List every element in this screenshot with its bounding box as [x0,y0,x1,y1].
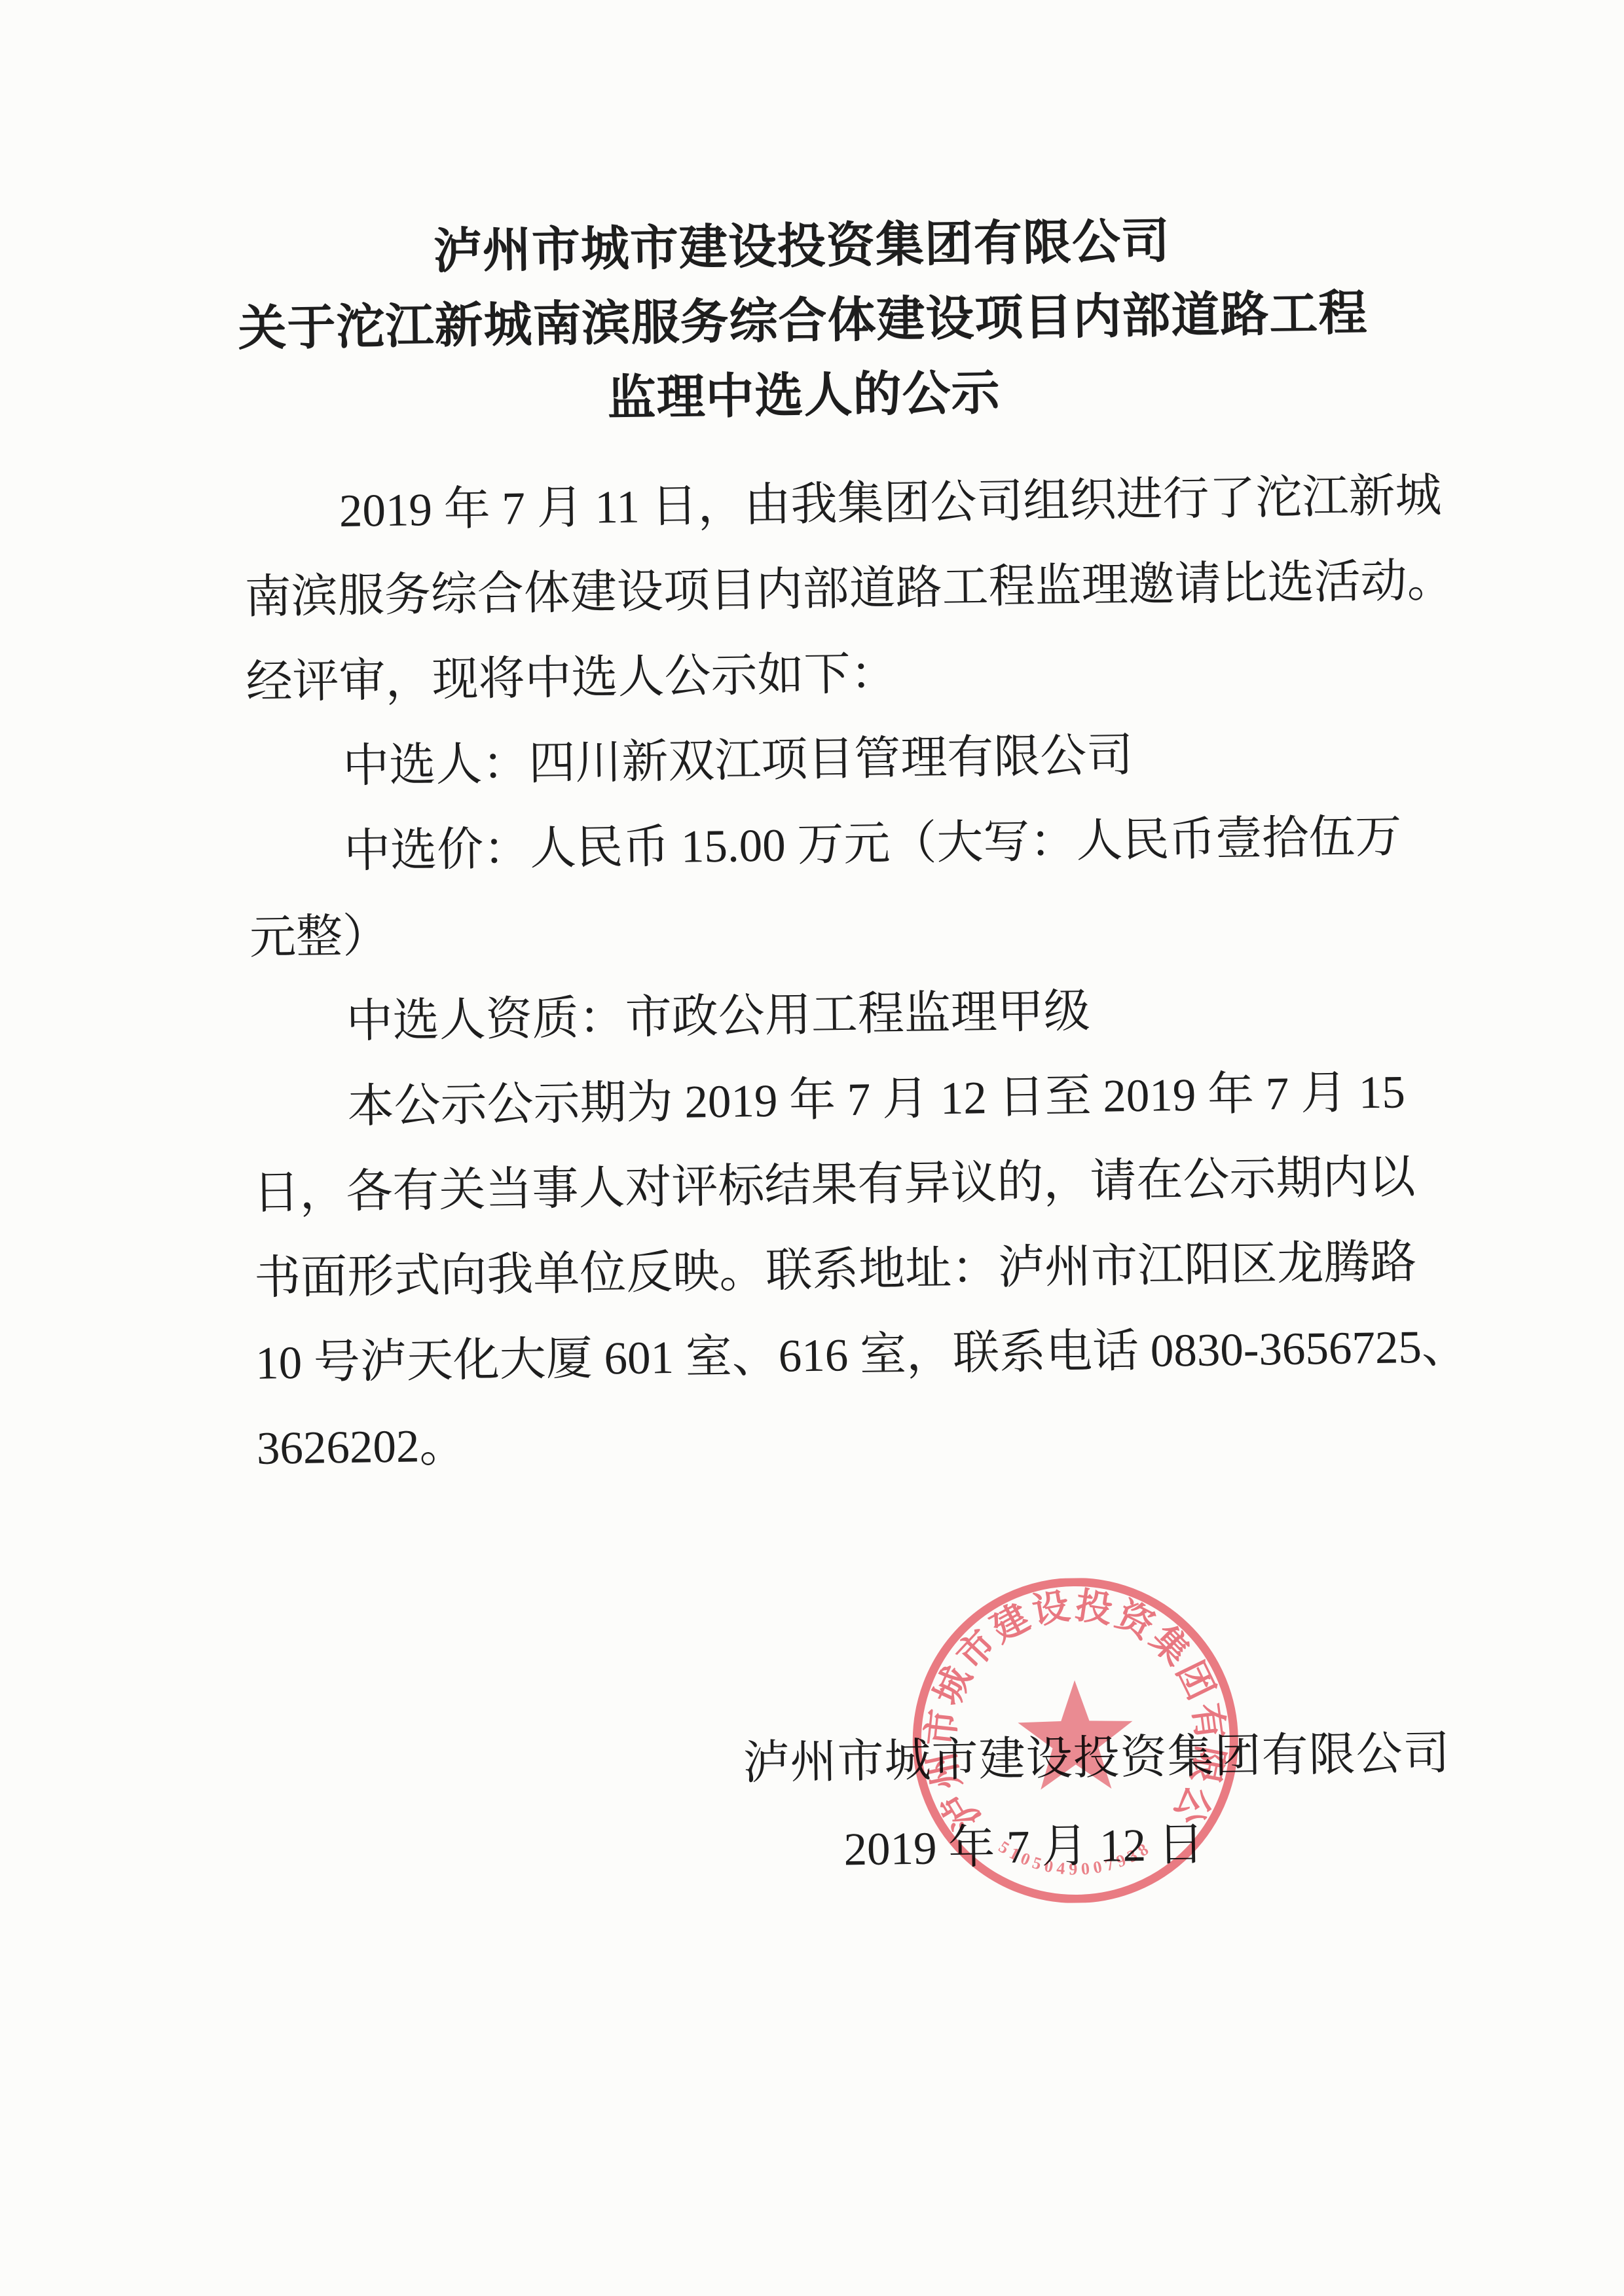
body-line: 日，各有关当事人对评标结果有异议的，请在公示期内以 [253,1135,1433,1236]
document-body: 2019 年 7 月 11 日，由我集团公司组织进行了沱江新城 南滨服务综合体建… [243,454,1436,1491]
body-line: 中选价：人民币 15.00 万元（大写：人民币壹拾伍万 [248,794,1428,896]
body-line: 中选人资质：市政公用工程监理甲级 [250,964,1430,1066]
body-line: 书面形式向我单位反映。联系地址：泸州市江阳区龙腾路 [253,1220,1433,1321]
body-line: 2019 年 7 月 11 日，由我集团公司组织进行了沱江新城 [243,454,1423,555]
document-title: 泸州市城市建设投资集团有限公司 关于沱江新城南滨服务综合体建设项目内部道路工程 … [147,200,1460,443]
body-line: 本公示公示期为 2019 年 7 月 12 日至 2019 年 7 月 15 [251,1049,1431,1151]
svg-text:5105049007938: 5105049007938 [995,1835,1155,1880]
body-line: 元整） [249,879,1429,981]
body-line: 经评审，现将中选人公示如下： [246,624,1426,725]
star-icon [1018,1679,1134,1790]
official-seal: 泸州市城市建设投资集团有限公司 5105049007938 [910,1576,1242,1905]
body-line: 3626202。 [256,1390,1436,1491]
seal-serial-number: 5105049007938 [995,1835,1155,1880]
body-line: 南滨服务综合体建设项目内部道路工程监理邀请比选活动。 [244,539,1424,640]
scanned-document: 泸州市城市建设投资集团有限公司 关于沱江新城南滨服务综合体建设项目内部道路工程 … [0,0,1624,2296]
document-page: 泸州市城市建设投资集团有限公司 关于沱江新城南滨服务综合体建设项目内部道路工程 … [0,0,1624,2296]
body-line: 中选人：四川新双江项目管理有限公司 [247,709,1427,811]
body-line: 10 号泸天化大厦 601 室、616 室，联系电话 0830-3656725、 [255,1305,1435,1406]
